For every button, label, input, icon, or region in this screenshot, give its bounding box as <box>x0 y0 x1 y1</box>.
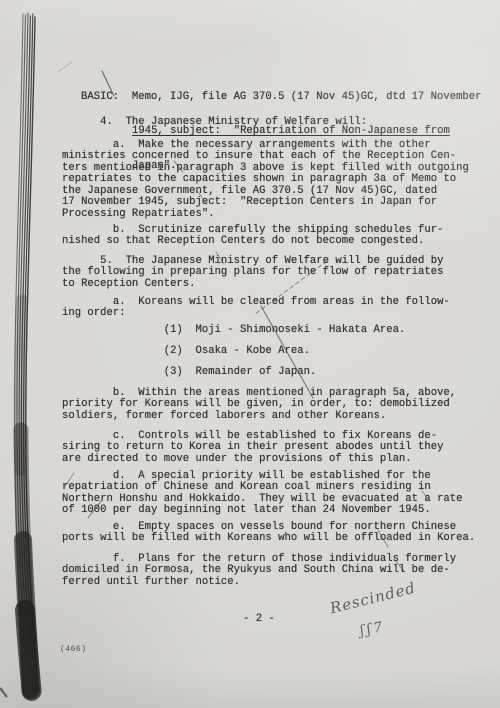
basic-line-1: BASIC: Memo, IJG, file AG 370.5 (17 Nov … <box>62 92 482 103</box>
paragraph-4b: b. Scrutinize carefully the shipping sch… <box>62 225 443 248</box>
list-item-5a3: (3) Remainder of Japan. <box>62 367 316 378</box>
paragraph-5: 5. The Japanese Ministry of Welfare will… <box>62 256 443 290</box>
list-item-5a2: (2) Osaka - Kobe Area. <box>62 346 310 357</box>
paragraph-5d: d. A special priority will be establishe… <box>62 471 463 517</box>
paragraph-4: 4. The Japanese Ministry of Welfare will… <box>62 117 367 128</box>
list-item-5a1: (1) Moji - Shimonoseki - Hakata Area. <box>62 325 405 336</box>
paragraph-5a: a. Koreans will be cleared from areas in… <box>62 297 450 320</box>
paragraph-5e: e. Empty spaces on vessels bound for nor… <box>62 522 475 545</box>
handwritten-scribble: ʃʃ7 <box>359 619 387 639</box>
scanned-page: BASIC: Memo, IJG, file AG 370.5 (17 Nov … <box>0 0 500 708</box>
page-number: - 2 - <box>243 613 275 625</box>
document-body: BASIC: Memo, IJG, file AG 370.5 (17 Nov … <box>0 0 500 708</box>
archive-reference: (466) <box>60 645 87 654</box>
paragraph-5b: b. Within the areas mentioned in paragra… <box>62 388 456 422</box>
paragraph-5c: c. Controls will be established to fix K… <box>62 431 443 465</box>
paragraph-4a: a. Make the necessary arrangements with … <box>62 140 469 220</box>
